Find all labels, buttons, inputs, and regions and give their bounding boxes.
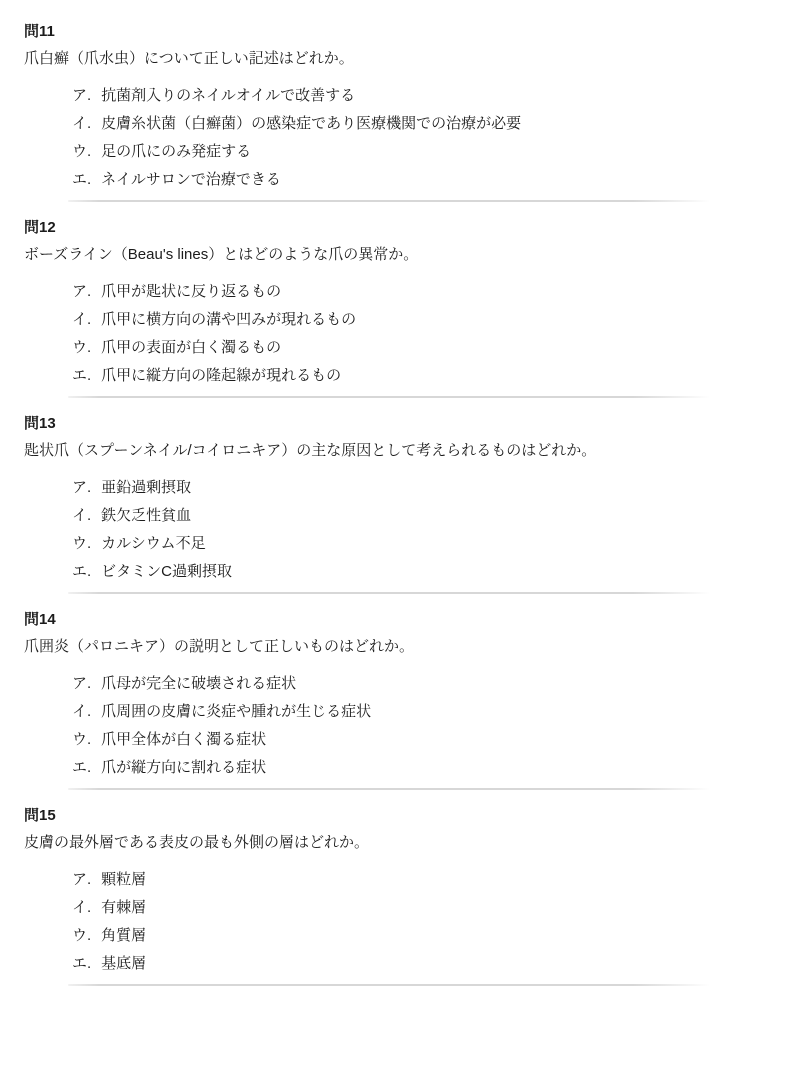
option-item: イ. 爪甲に横方向の溝や凹みが現れるもの <box>72 312 770 327</box>
section-divider <box>68 592 710 594</box>
option-item: エ. 基底層 <box>72 956 770 971</box>
option-text: 爪甲に縦方向の隆起線が現れるもの <box>101 368 341 383</box>
option-marker: イ. <box>72 900 91 915</box>
option-text: 基底層 <box>101 956 146 971</box>
options-list: ア. 爪母が完全に破壊される症状 イ. 爪周囲の皮膚に炎症や腫れが生じる症状 ウ… <box>24 676 770 775</box>
option-marker: ア. <box>72 284 91 299</box>
option-item: イ. 爪周囲の皮膚に炎症や腫れが生じる症状 <box>72 704 770 719</box>
exam-document-page: 問11 爪白癬（爪水虫）について正しい記述はどれか。 ア. 抗菌剤入りのネイルオ… <box>0 0 794 1080</box>
option-text: 爪甲が匙状に反り返るもの <box>101 284 281 299</box>
option-item: ア. 顆粒層 <box>72 872 770 887</box>
questions-container: 問11 爪白癬（爪水虫）について正しい記述はどれか。 ア. 抗菌剤入りのネイルオ… <box>24 24 770 986</box>
question-text: 匙状爪（スプーンネイル/コイロニキア）の主な原因として考えられるものはどれか。 <box>24 443 770 459</box>
option-text: ネイルサロンで治療できる <box>101 172 281 187</box>
question-number: 問14 <box>24 612 770 627</box>
option-marker: エ. <box>72 172 91 187</box>
option-item: ア. 亜鉛過剰摂取 <box>72 480 770 495</box>
option-item: エ. 爪が縦方向に割れる症状 <box>72 760 770 775</box>
option-text: 足の爪にのみ発症する <box>101 144 251 159</box>
option-item: エ. ビタミンC過剰摂取 <box>72 564 770 579</box>
section-divider <box>68 984 710 986</box>
option-text: 爪母が完全に破壊される症状 <box>101 676 296 691</box>
option-text: 皮膚糸状菌（白癬菌）の感染症であり医療機関での治療が必要 <box>101 116 521 131</box>
option-text: 顆粒層 <box>101 872 146 887</box>
option-marker: エ. <box>72 956 91 971</box>
option-text: 爪甲全体が白く濁る症状 <box>101 732 266 747</box>
option-item: イ. 鉄欠乏性貧血 <box>72 508 770 523</box>
question-block: 問11 爪白癬（爪水虫）について正しい記述はどれか。 ア. 抗菌剤入りのネイルオ… <box>24 24 770 202</box>
options-list: ア. 爪甲が匙状に反り返るもの イ. 爪甲に横方向の溝や凹みが現れるもの ウ. … <box>24 284 770 383</box>
option-marker: イ. <box>72 312 91 327</box>
option-text: カルシウム不足 <box>101 536 205 551</box>
question-text: 爪白癬（爪水虫）について正しい記述はどれか。 <box>24 51 770 67</box>
option-text: 角質層 <box>101 928 146 943</box>
option-item: エ. ネイルサロンで治療できる <box>72 172 770 187</box>
option-text: 有棘層 <box>101 900 146 915</box>
option-marker: イ. <box>72 508 91 523</box>
question-text: 皮膚の最外層である表皮の最も外側の層はどれか。 <box>24 835 770 851</box>
option-item: ウ. 爪甲の表面が白く濁るもの <box>72 340 770 355</box>
options-list: ア. 抗菌剤入りのネイルオイルで改善する イ. 皮膚糸状菌（白癬菌）の感染症であ… <box>24 88 770 187</box>
options-list: ア. 亜鉛過剰摂取 イ. 鉄欠乏性貧血 ウ. カルシウム不足 エ. ビタミンC過… <box>24 480 770 579</box>
options-list: ア. 顆粒層 イ. 有棘層 ウ. 角質層 エ. 基底層 <box>24 872 770 971</box>
option-marker: エ. <box>72 368 91 383</box>
question-text: ボーズライン（Beau's lines）とはどのような爪の異常か。 <box>24 247 770 263</box>
question-block: 問15 皮膚の最外層である表皮の最も外側の層はどれか。 ア. 顆粒層 イ. 有棘… <box>24 808 770 986</box>
question-number: 問15 <box>24 808 770 823</box>
option-item: イ. 皮膚糸状菌（白癬菌）の感染症であり医療機関での治療が必要 <box>72 116 770 131</box>
option-marker: ウ. <box>72 732 91 747</box>
question-number: 問13 <box>24 416 770 431</box>
option-text: 抗菌剤入りのネイルオイルで改善する <box>101 88 355 103</box>
section-divider <box>68 788 710 790</box>
option-item: ア. 爪母が完全に破壊される症状 <box>72 676 770 691</box>
option-marker: ア. <box>72 676 91 691</box>
option-text: 爪が縦方向に割れる症状 <box>101 760 266 775</box>
option-marker: イ. <box>72 704 91 719</box>
option-marker: エ. <box>72 760 91 775</box>
question-number: 問12 <box>24 220 770 235</box>
question-text: 爪囲炎（パロニキア）の説明として正しいものはどれか。 <box>24 639 770 655</box>
option-marker: ウ. <box>72 928 91 943</box>
option-text: 爪甲に横方向の溝や凹みが現れるもの <box>101 312 356 327</box>
option-item: エ. 爪甲に縦方向の隆起線が現れるもの <box>72 368 770 383</box>
option-item: ウ. 角質層 <box>72 928 770 943</box>
question-block: 問13 匙状爪（スプーンネイル/コイロニキア）の主な原因として考えられるものはど… <box>24 416 770 594</box>
option-marker: イ. <box>72 116 91 131</box>
question-block: 問12 ボーズライン（Beau's lines）とはどのような爪の異常か。 ア.… <box>24 220 770 398</box>
question-block: 問14 爪囲炎（パロニキア）の説明として正しいものはどれか。 ア. 爪母が完全に… <box>24 612 770 790</box>
option-marker: エ. <box>72 564 91 579</box>
option-text: ビタミンC過剰摂取 <box>101 564 232 579</box>
option-text: 亜鉛過剰摂取 <box>101 480 191 495</box>
option-marker: ア. <box>72 88 91 103</box>
option-item: ウ. 爪甲全体が白く濁る症状 <box>72 732 770 747</box>
option-text: 鉄欠乏性貧血 <box>101 508 191 523</box>
option-marker: ウ. <box>72 144 91 159</box>
option-marker: ア. <box>72 872 91 887</box>
option-text: 爪甲の表面が白く濁るもの <box>101 340 281 355</box>
option-item: ウ. カルシウム不足 <box>72 536 770 551</box>
option-item: ウ. 足の爪にのみ発症する <box>72 144 770 159</box>
option-item: ア. 抗菌剤入りのネイルオイルで改善する <box>72 88 770 103</box>
option-marker: ウ. <box>72 340 91 355</box>
option-item: ア. 爪甲が匙状に反り返るもの <box>72 284 770 299</box>
section-divider <box>68 200 710 202</box>
section-divider <box>68 396 710 398</box>
option-item: イ. 有棘層 <box>72 900 770 915</box>
option-marker: ア. <box>72 480 91 495</box>
question-number: 問11 <box>24 24 770 39</box>
option-marker: ウ. <box>72 536 91 551</box>
option-text: 爪周囲の皮膚に炎症や腫れが生じる症状 <box>101 704 371 719</box>
